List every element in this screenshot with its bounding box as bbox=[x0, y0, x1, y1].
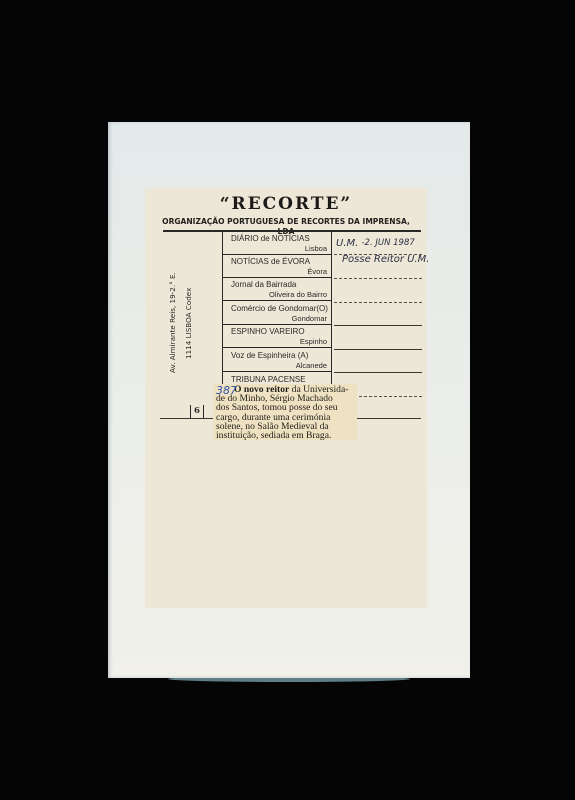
column-divider-right bbox=[331, 231, 332, 396]
note-line bbox=[334, 349, 422, 351]
bottom-rule bbox=[357, 418, 421, 419]
newspaper-city: Gondomar bbox=[292, 314, 327, 323]
note-line bbox=[334, 372, 422, 374]
newspaper-name: TRIBUNA PACENSE bbox=[231, 375, 306, 384]
newspaper-row: ESPINHO VAREIRO Espinho bbox=[223, 325, 331, 348]
clipping-card: “RECORTE” ORGANIZAÇÃO PORTUGUESA DE RECO… bbox=[145, 188, 427, 608]
newspaper-city: Évora bbox=[307, 267, 327, 276]
newspaper-row: Jornal da Bairrada Oliveira do Bairro bbox=[223, 278, 331, 301]
newspaper-row: DIÁRIO de NOTÍCIAS Lisboa bbox=[223, 232, 331, 255]
newspaper-city: Oliveira do Bairro bbox=[269, 290, 327, 299]
newspaper-city: Alcanede bbox=[296, 361, 327, 370]
newspaper-clipping: 387 O novo reitor da Universida- de do M… bbox=[213, 384, 357, 440]
newspaper-name: DIÁRIO de NOTÍCIAS bbox=[231, 234, 310, 243]
newspaper-name: Voz de Espinheira (A) bbox=[231, 351, 308, 360]
newspaper-name: ESPINHO VAREIRO bbox=[231, 327, 305, 336]
newspaper-row: Comércio de Gondomar(O) Gondomar bbox=[223, 302, 331, 325]
handwritten-subject: Posse Reitor U.M. bbox=[342, 254, 429, 265]
agency-title: “RECORTE” bbox=[145, 194, 427, 214]
agency-address: Av. Almirante Reis, 19-2.° E. 1114 LISBO… bbox=[165, 272, 197, 373]
note-line bbox=[334, 302, 422, 304]
clipping-text: O novo reitor da Universida- de do Minho… bbox=[234, 385, 355, 440]
date-stamp: -2. JUN 1987 bbox=[361, 238, 414, 248]
clipping-number: 387 bbox=[216, 384, 237, 397]
note-line bbox=[334, 325, 422, 327]
clipping-line: instituição, sediada em Braga. bbox=[216, 431, 355, 440]
bottom-rule bbox=[160, 418, 215, 419]
newspaper-city: Espinho bbox=[300, 337, 327, 346]
page-number-box: 6 bbox=[190, 405, 204, 418]
newspaper-name: Comércio de Gondomar(O) bbox=[231, 304, 328, 313]
newspaper-name: NOTÍCIAS de ÉVORA bbox=[231, 257, 310, 266]
newspaper-name: Jornal da Bairrada bbox=[231, 280, 296, 289]
newspaper-row: Voz de Espinheira (A) Alcanede bbox=[223, 349, 331, 372]
note-line bbox=[334, 278, 422, 280]
handwritten-org-date: U.M. -2. JUN 1987 bbox=[336, 238, 415, 249]
handwritten-org: U.M. bbox=[336, 238, 361, 249]
address-line-2: 1114 LISBOA Codex bbox=[181, 272, 197, 373]
newspaper-row: NOTÍCIAS de ÉVORA Évora bbox=[223, 255, 331, 278]
newspaper-city: Lisboa bbox=[305, 244, 327, 253]
address-line-1: Av. Almirante Reis, 19-2.° E. bbox=[165, 272, 181, 373]
